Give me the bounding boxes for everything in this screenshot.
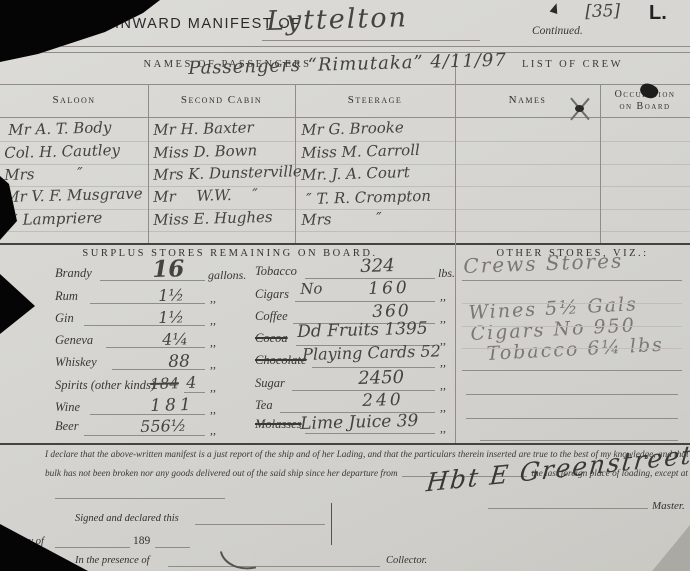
- rule-line: [0, 46, 690, 47]
- passenger-cell: Mr A. T. Body: [8, 118, 112, 139]
- store-unit: ,,: [440, 355, 446, 370]
- store-label: Gin: [55, 311, 74, 326]
- store-value: 4¼: [162, 329, 188, 349]
- store-replacement: Dd Fruits 1395: [297, 319, 428, 342]
- store-value: 2450: [358, 367, 404, 389]
- store-replacement: Playing Cards 52: [302, 341, 441, 364]
- ruled-line: [480, 440, 678, 441]
- store-unit: ,,: [440, 289, 446, 304]
- row-line: [0, 231, 690, 232]
- passenger-cell: ″ Lampriere: [12, 209, 102, 229]
- replacement-text: Dd Fruits: [297, 320, 379, 342]
- column-header-steerage: Steerage: [295, 94, 455, 106]
- presence-line: [168, 566, 380, 567]
- leader-line: [84, 325, 205, 326]
- store-unit: ,,: [440, 333, 446, 348]
- store-unit: ,,: [210, 335, 216, 350]
- series-letter: L.: [649, 2, 667, 25]
- passenger-cell: Mr G. Brooke: [301, 118, 404, 139]
- replacement-value: 39: [396, 411, 418, 432]
- rule-line: [0, 52, 690, 53]
- store-label: Tea: [255, 398, 273, 413]
- store-label-struck: Cocoa: [255, 331, 288, 346]
- store-unit: ,,: [210, 423, 216, 438]
- store-unit: ,,: [210, 357, 216, 372]
- store-unit: ,,: [440, 400, 446, 415]
- passenger-cell: Mr. J. A. Court: [301, 163, 410, 184]
- store-unit: ,,: [210, 380, 216, 395]
- passenger-cell: Mr W.W. ″: [153, 185, 258, 206]
- store-value: 1½: [158, 307, 184, 327]
- replacement-value: 1395: [384, 319, 428, 340]
- replacement-text: Lime Juice: [300, 412, 392, 434]
- store-label: Rum: [55, 289, 78, 304]
- declaration-line2-start: bulk has not been broken nor any goods d…: [45, 469, 398, 479]
- leader-line: [184, 392, 205, 393]
- ruled-line: [466, 418, 678, 419]
- rule-line: [0, 84, 690, 85]
- replacement-value: 52: [420, 341, 441, 361]
- paper-sheet: INWARD MANIFEST OF Lyttelton Continued. …: [0, 0, 690, 571]
- column-header-saloon: Saloon: [0, 94, 148, 106]
- signature-line: [488, 508, 648, 509]
- ruled-line: [462, 370, 682, 371]
- ruled-line: [462, 326, 682, 327]
- store-label: Coffee: [255, 309, 288, 324]
- section-divider: [0, 243, 690, 245]
- passenger-cell: Mrs K. Dunsterville: [153, 162, 302, 184]
- replacement-text: Playing Cards: [302, 342, 416, 364]
- voyage-note-handwritten: Passengers “Rimutaka” 4/11/97: [188, 50, 507, 79]
- store-value-prefix: No: [300, 279, 323, 298]
- store-label: Whiskey: [55, 355, 97, 370]
- tear-x-mark: [565, 95, 595, 123]
- store-label: Cigars: [255, 287, 289, 302]
- bracket-mark: [331, 503, 332, 545]
- passenger-cell: Mrs ″: [301, 209, 382, 229]
- store-label: Brandy: [55, 266, 92, 281]
- ruled-line: [462, 280, 682, 281]
- store-unit: ,,: [210, 402, 216, 417]
- ruled-line: [466, 394, 678, 395]
- passenger-cell: Mrs ″: [4, 164, 83, 184]
- occupation-line2: on Board: [619, 101, 670, 112]
- store-replacement: Lime Juice 39: [300, 411, 419, 434]
- port-underline: [262, 40, 480, 41]
- blank-line: [55, 498, 225, 499]
- year-line: [155, 547, 190, 548]
- store-value-struck: 184: [150, 374, 179, 393]
- other-stores-entry: Crews Stores: [463, 248, 624, 278]
- store-value: 324: [360, 255, 395, 277]
- store-value: 88: [168, 351, 190, 372]
- store-unit: ,,: [440, 378, 446, 393]
- store-value: 16: [152, 255, 185, 283]
- column-header-second-cabin: Second Cabin: [148, 94, 295, 106]
- store-label: Wine: [55, 400, 80, 415]
- leader-line: [106, 347, 205, 348]
- store-unit: lbs.: [438, 266, 455, 281]
- ruled-line: [462, 303, 682, 304]
- store-label: Spirits (other kinds): [55, 378, 155, 393]
- ink-arrow-mark: [550, 2, 561, 14]
- passenger-cell: Col. H. Cautley: [4, 141, 120, 162]
- store-unit: ,,: [440, 421, 446, 436]
- signed-declared-label: Signed and declared this: [75, 513, 179, 524]
- passenger-cell: Miss D. Bown: [153, 141, 257, 162]
- vessel-port-handwritten: Lyttelton: [266, 2, 408, 37]
- continued-label: Continued.: [532, 25, 583, 37]
- store-label: Sugar: [255, 376, 285, 391]
- store-value: 181: [150, 395, 195, 416]
- store-label: Tobacco: [255, 264, 297, 279]
- passenger-cell: Miss M. Carroll: [301, 141, 420, 162]
- store-unit: gallons.: [208, 268, 246, 283]
- store-label: Beer: [55, 419, 79, 434]
- store-value: 160: [368, 278, 410, 299]
- store-value: 556½: [140, 416, 187, 436]
- presence-label: In the presence of: [75, 555, 150, 566]
- leader-line: [295, 301, 435, 302]
- store-unit: ,,: [210, 313, 216, 328]
- store-label-struck: Molasses: [255, 417, 302, 432]
- leader-line: [112, 369, 205, 370]
- pen-hook-mark: [220, 545, 256, 571]
- store-value: 1½: [158, 285, 184, 305]
- ruled-line: [462, 348, 682, 349]
- passenger-cell: Miss E. Hughes: [153, 208, 273, 229]
- day-of-line: [55, 547, 130, 548]
- master-signature: Hbt E Greenstreet: [425, 440, 690, 498]
- store-unit: ,,: [210, 291, 216, 306]
- passenger-cell: Mr H. Baxter: [153, 118, 254, 139]
- leader-line: [90, 303, 205, 304]
- day-of-label: day of: [18, 536, 44, 547]
- signed-declared-line: [195, 524, 325, 525]
- store-label-struck: Chocolate: [255, 353, 306, 368]
- master-label: Master.: [652, 500, 685, 512]
- scanned-manifest-document: INWARD MANIFEST OF Lyttelton Continued. …: [0, 0, 690, 571]
- store-unit: ,,: [440, 311, 446, 326]
- year-prefix: 189: [133, 535, 150, 547]
- column-line: [148, 84, 149, 243]
- collector-label: Collector.: [386, 555, 427, 566]
- section-divider: [0, 443, 690, 445]
- page-number-handwritten: [35]: [585, 1, 620, 22]
- passenger-cell: Mr V. F. Musgrave: [4, 184, 143, 206]
- store-value: 4: [186, 373, 197, 392]
- passenger-cell: ″ T. R. Crompton: [306, 187, 431, 208]
- store-label: Geneva: [55, 333, 93, 348]
- store-value: 240: [362, 390, 404, 411]
